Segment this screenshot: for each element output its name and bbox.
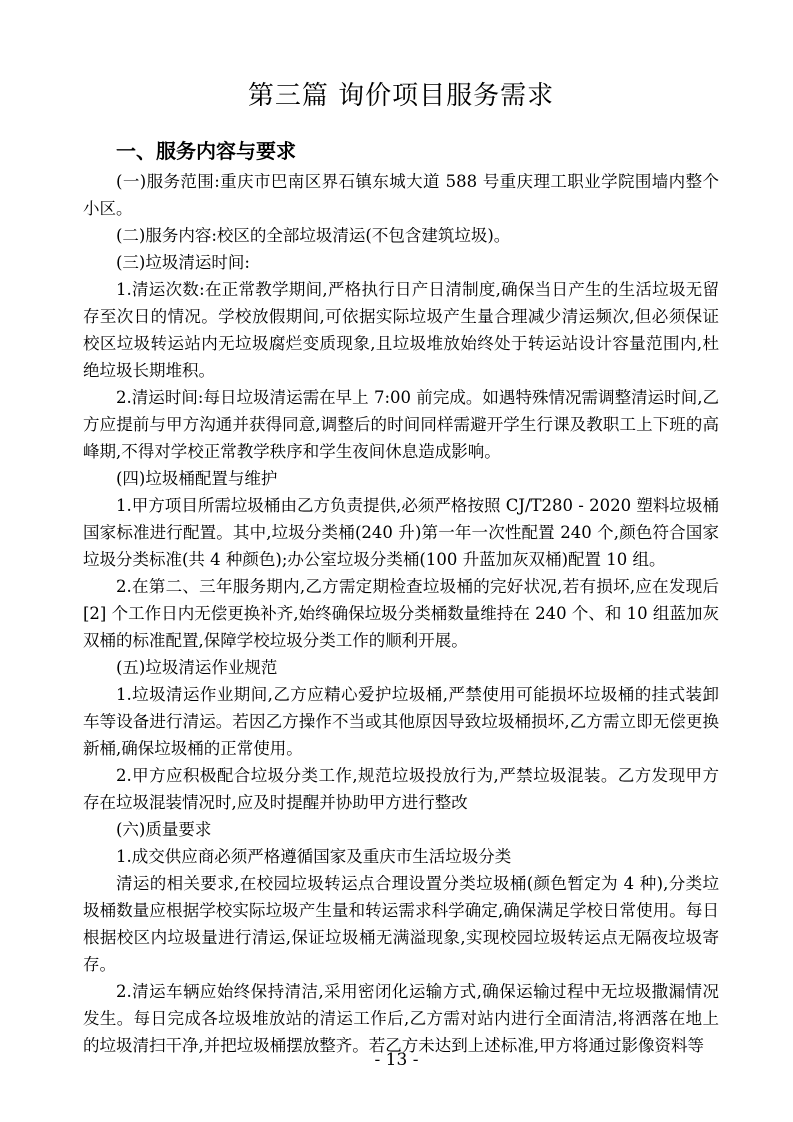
document-body: (一)服务范围:重庆市巴南区界石镇东城大道 588 号重庆理工职业学院围墙内整个…: [83, 168, 719, 1059]
paragraph: 1.垃圾清运作业期间,乙方应精心爱护垃圾桶,严禁使用可能损坏垃圾桶的挂式装卸车等…: [83, 681, 719, 762]
page-title: 第三篇 询价项目服务需求: [83, 80, 719, 112]
paragraph: (一)服务范围:重庆市巴南区界石镇东城大道 588 号重庆理工职业学院围墙内整个…: [83, 168, 719, 222]
paragraph: (二)服务内容:校区的全部垃圾清运(不包含建筑垃圾)。: [83, 222, 719, 249]
paragraph: (三)垃圾清运时间:: [83, 249, 719, 276]
paragraph: (四)垃圾桶配置与维护: [83, 465, 719, 492]
paragraph: 2.甲方应积极配合垃圾分类工作,规范垃圾投放行为,严禁垃圾混装。乙方发现甲方存在…: [83, 762, 719, 816]
paragraph: (六)质量要求: [83, 816, 719, 843]
paragraph: 2.清运时间:每日垃圾清运需在早上 7:00 前完成。如遇特殊情况需调整清运时间…: [83, 384, 719, 465]
paragraph: 2.在第二、三年服务期内,乙方需定期检查垃圾桶的完好状况,若有损坏,应在发现后 …: [83, 573, 719, 654]
paragraph: 1.成交供应商必须严格遵循国家及重庆市生活垃圾分类: [83, 843, 719, 870]
paragraph: 1.甲方项目所需垃圾桶由乙方负责提供,必须严格按照 CJ/T280 - 2020…: [83, 492, 719, 573]
paragraph: 1.清运次数:在正常教学期间,严格执行日产日清制度,确保当日产生的生活垃圾无留存…: [83, 276, 719, 384]
paragraph: 清运的相关要求,在校园垃圾转运点合理设置分类垃圾桶(颜色暂定为 4 种),分类垃…: [83, 870, 719, 978]
paragraph: 2.清运车辆应始终保持清洁,采用密闭化运输方式,确保运输过程中无垃圾撒漏情况发生…: [83, 978, 719, 1059]
section-heading: 一、服务内容与要求: [116, 138, 719, 164]
paragraph: (五)垃圾清运作业规范: [83, 654, 719, 681]
page-number: - 13 -: [0, 1050, 793, 1070]
document-page: 第三篇 询价项目服务需求 一、服务内容与要求 (一)服务范围:重庆市巴南区界石镇…: [0, 0, 793, 1122]
